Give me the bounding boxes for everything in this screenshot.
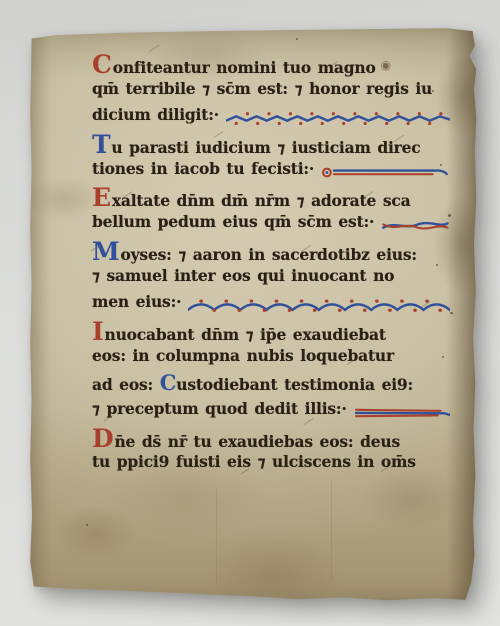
ruling-trace xyxy=(216,488,217,583)
text-run: tiones in iacob tu fecisti:· xyxy=(92,159,314,178)
text-run: ustodiebant testimonia ei9: xyxy=(176,375,413,394)
photo-background: Confiteantur nomini tuo magno◉qm̄ terrib… xyxy=(0,0,500,626)
text-line: ad eos: Custodiebant testimonia ei9: xyxy=(92,372,452,399)
text-line: tiones in iacob tu fecisti:· xyxy=(92,159,452,186)
text-run: oyses: ⁊ aaron in sacerdotibz eius: xyxy=(120,245,416,264)
line-filler-zigzag-braid xyxy=(226,112,450,125)
text-line: dicium diligit:· xyxy=(92,105,452,132)
text-run: u parasti iudicium ⁊ iusticiam direc xyxy=(111,138,420,157)
leaf-shadow-wrap: Confiteantur nomini tuo magno◉qm̄ terrib… xyxy=(0,0,500,626)
text-run: ad eos: xyxy=(92,375,160,394)
text-line: ⁊ preceptum quod dedit illis:· xyxy=(92,399,452,426)
initial-letter: D xyxy=(92,426,113,451)
text-line: ⁊ samuel inter eos qui inuocant no xyxy=(92,266,452,293)
text-line: qm̄ terribile ⁊ sc̄m est: ⁊ honor regis … xyxy=(92,79,452,106)
text-line: tu ppici9 fuisti eis ⁊ ulciscens in om̄s xyxy=(92,452,452,479)
text-line: men eius:· xyxy=(92,292,452,319)
text-run: nuocabant dn̄m ⁊ ip̄e exaudiebat xyxy=(105,325,386,344)
text-run: dicium diligit:· xyxy=(92,105,219,124)
text-run: n̄e ds̄ nr̄ tu exaudiebas eos: deus xyxy=(114,432,400,451)
initial-letter: C xyxy=(92,52,112,77)
text-line: Exaltate dn̄m dm̄ nr̄m ⁊ adorate sca xyxy=(92,185,452,212)
initial-letter: E xyxy=(92,185,111,210)
text-run: bellum pedum eius qm̄ sc̄m est:· xyxy=(92,212,374,231)
text-run: tu ppici9 fuisti eis ⁊ ulciscens in om̄s xyxy=(92,452,416,471)
text-run: onfiteantur nomini tuo magno xyxy=(113,58,376,77)
text-line: Tu parasti iudicium ⁊ iusticiam direc xyxy=(92,132,452,159)
line-filler-twist-short xyxy=(381,219,450,232)
line-filler-dot-bar xyxy=(321,166,450,179)
text-run: eos: in columpna nubis loquebatur xyxy=(92,346,394,365)
text-run: ⁊ preceptum quod dedit illis:· xyxy=(92,399,347,418)
initial-letter: M xyxy=(92,239,119,264)
text-run: xaltate dn̄m dm̄ nr̄m ⁊ adorate sca xyxy=(112,191,411,210)
text-line: Confiteantur nomini tuo magno◉ xyxy=(92,52,452,79)
edge-speck xyxy=(86,524,88,526)
initial-letter: T xyxy=(92,132,110,157)
text-line: Moyses: ⁊ aaron in sacerdotibz eius: xyxy=(92,239,452,266)
ruling-trace xyxy=(331,481,332,581)
text-run: men eius:· xyxy=(92,292,181,311)
text-block: Confiteantur nomini tuo magno◉qm̄ terrib… xyxy=(92,52,452,479)
text-run: qm̄ terribile ⁊ sc̄m est: ⁊ honor regis … xyxy=(92,79,432,98)
initial-letter: I xyxy=(92,319,104,344)
text-line: Dn̄e ds̄ nr̄ tu exaudiebas eos: deus xyxy=(92,426,452,453)
manuscript-leaf: Confiteantur nomini tuo magno◉qm̄ terrib… xyxy=(28,26,478,602)
edge-speck xyxy=(296,38,298,40)
line-filler-scallop-braid xyxy=(188,299,450,312)
text-line: bellum pedum eius qm̄ sc̄m est:· xyxy=(92,212,452,239)
initial-letter: C xyxy=(160,372,177,393)
paragraph-mark: ◉ xyxy=(381,58,391,72)
text-line: Inuocabant dn̄m ⁊ ip̄e exaudiebat xyxy=(92,319,452,346)
text-run: ⁊ samuel inter eos qui inuocant no xyxy=(92,266,394,285)
line-filler-tricolor-bar xyxy=(354,406,450,419)
text-line: eos: in columpna nubis loquebatur xyxy=(92,346,452,373)
